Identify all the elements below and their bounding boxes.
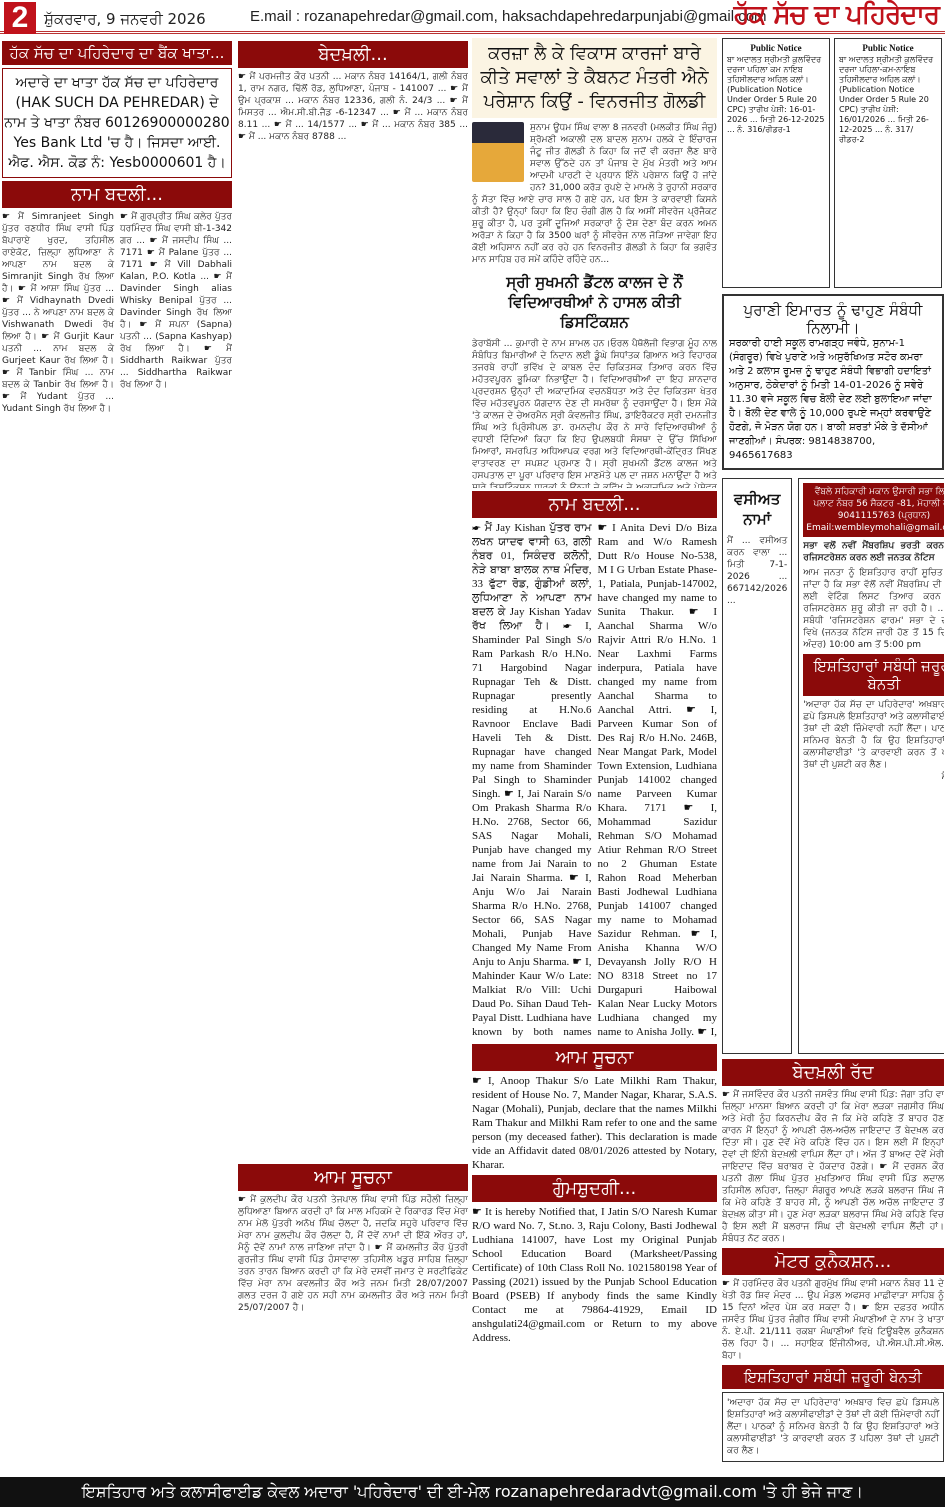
lost-certificate-notice: ☛ It is hereby Notified that, I Jatin S/…	[472, 1205, 717, 1345]
society-notice: ਆਮ ਜਨਤਾ ਨੂੰ ਇਸ਼ਤਿਹਾਰ ਰਾਹੀਂ ਸੂਚਿਤ ਕੀਤਾ ਜਾ…	[803, 567, 944, 651]
page-number: 2	[4, 2, 36, 34]
name-change-list-left: ☛ ਮੈਂ Simranjeet Singh ਪੁੱਤਰ ਰਣਧੀਰ ਸਿੰਘ …	[2, 211, 114, 415]
column-2: ਬੇਦਖ਼ਲੀ... ☛ ਮੈਂ ਪਰਮਜੀਤ ਕੌਰ ਪਤਨੀ ... ਮਕਾ…	[238, 38, 468, 1478]
general-notice-heading-2: ਆਮ ਸੂਚਨਾ	[472, 1044, 717, 1071]
will-heading: ਵਸੀਅਤ ਨਾਮਾਂ	[727, 489, 787, 529]
contact-emails: E.mail : rozanapehredar@gmail.com, haksa…	[250, 8, 767, 25]
bank-account-heading: ਹੱਕ ਸੱਚ ਦਾ ਪਹਿਰੇਦਾਰ ਦਾ ਬੈਂਕ ਖਾਤਾ...	[2, 41, 232, 65]
politician-photo	[472, 122, 524, 182]
dental-college-story: ਡੇਰਾਬੱਸੀ ... ਕੁਮਾਰੀ ਦੇ ਨਾਮ ਸ਼ਾਮਲ ਹਨ।ਓਰਲ …	[472, 338, 717, 488]
footer-advert-email: ਇਸ਼ਤਿਹਾਰ ਅਤੇ ਕਲਾਸੀਫਾਈਡ ਕੇਵਲ ਅਦਾਰਾ 'ਪਹਿਰੇ…	[0, 1477, 945, 1507]
name-change-heading: ਨਾਮ ਬਦਲੀ...	[2, 181, 232, 208]
general-notice-heading: ਆਮ ਸੂਚਨਾ	[238, 1164, 468, 1191]
society-name: ਵੈਂਬਲੇ ਸਹਿਕਾਰੀ ਮਕਾਨ ਉਸਾਰੀ ਸਭਾ ਲਿਮ. ਪਲਾਟ …	[813, 487, 944, 521]
general-notice-text: ☛ ਮੈਂ ਕੁਲਦੀਪ ਕੌਰ ਪਤਨੀ ਤੇਜਪਾਲ ਸਿੰਘ ਵਾਸੀ ਪ…	[238, 1194, 468, 1314]
masthead: 2 ਸ਼ੁੱਕਰਵਾਰ, 9 ਜਨਵਰੀ 2026 E.mail : rozan…	[0, 0, 945, 34]
column-1: ਹੱਕ ਸੱਚ ਦਾ ਪਹਿਰੇਦਾਰ ਦਾ ਬੈਂਕ ਖਾਤਾ... ਅਦਾਰ…	[2, 38, 232, 1478]
newspaper-logo: ਹੱਕ ਸੱਚ ਦਾ ਪਹਿਰੇਦਾਰ	[734, 0, 939, 31]
column-3: ਕਰਜ਼ਾ ਲੈ ਕੇ ਵਿਕਾਸ ਕਾਰਜਾਂ ਬਾਰੇ ਕੀਤੇ ਸਵਾਲਾ…	[472, 38, 717, 1478]
public-notice-2: Public Noticeਬਾ ਅਦਾਲਤ ਸ਼੍ਰੀਮਤੀ ਕੁਲਵਿੰਦਰ …	[834, 38, 942, 288]
lead-headline: ਕਰਜ਼ਾ ਲੈ ਕੇ ਵਿਕਾਸ ਕਾਰਜਾਂ ਬਾਰੇ ਕੀਤੇ ਸਵਾਲਾ…	[472, 38, 717, 118]
advert-disclaimer-text-2: 'ਅਦਾਰਾ ਹੱਕ ਸੱਚ ਦਾ ਪਹਿਰੇਦਾਰ' ਅਖ਼ਬਾਰ ਵਿਚ ਛ…	[722, 1392, 944, 1462]
general-notice-english: ☛ I, Anoop Thakur S/o Late Milkhi Ram Th…	[472, 1074, 717, 1172]
advert-disclaimer-heading: ਇਸ਼ਤਿਹਾਰਾਂ ਸਬੰਧੀ ਜ਼ਰੂਰੀ ਬੇਨਤੀ	[803, 654, 944, 696]
name-change-list-right: ☛ ਮੈਂ ਗੁਰਪ੍ਰੀਤ ਸਿੰਘ ਕਲੇਰ ਪੁੱਤਰ ਧਰਮਿੰਦਰ ਸ…	[120, 211, 232, 415]
name-change-heading-2: ਨਾਮ ਬਦਲੀ...	[472, 491, 717, 518]
advert-disclaimer-heading-2: ਇਸ਼ਤਿਹਾਰਾਂ ਸਬੰਧੀ ਜ਼ਰੂਰੀ ਬੇਨਤੀ	[722, 1365, 944, 1389]
bank-account-text: ਅਦਾਰੇ ਦਾ ਖਾਤਾ ਹੱਕ ਸੱਚ ਦਾ ਪਹਿਰੇਦਾਰ (HAK S…	[2, 68, 232, 178]
society-email: Email:wembleymohali@gmail.com	[806, 523, 944, 533]
english-name-change-right: ☛ I Anita Devi D/o Biza Ram and W/o Rame…	[598, 521, 718, 1041]
meter-connection-text: ☛ ਮੈਂ ਹਰਮਿੰਦਰ ਕੌਰ ਪਤਨੀ ਗੁਰਮੁੱਖ ਸਿੰਘ ਵਾਸੀ…	[722, 1278, 944, 1362]
will-text: ਮੈਂ ... ਵਸੀਅਤ ਕਰਨ ਵਾਲਾ ... ਮਿਤੀ 7-1-2026…	[727, 535, 787, 607]
eviction-heading: ਬੇਦਖ਼ਲੀ...	[238, 41, 468, 68]
lost-item-heading: ਗੁੰਮਸ਼ੁਦਗੀ...	[472, 1175, 717, 1202]
auction-notice: ਪੁਰਾਣੀ ਇਮਾਰਤ ਨੂੰ ਢਾਹੁਣ ਸੰਬੰਧੀ ਨਿਲਾਮੀ।ਸਰਕ…	[722, 294, 944, 470]
newspaper-page: 2 ਸ਼ੁੱਕਰਵਾਰ, 9 ਜਨਵਰੀ 2026 E.mail : rozan…	[0, 0, 945, 1507]
dental-college-headline: ਸ੍ਰੀ ਸੁਖਮਨੀ ਡੈਂਟਲ ਕਾਲਜ ਦੇ ਨੌਂ ਵਿਦਿਆਰਥੀਆਂ…	[472, 272, 717, 332]
eviction-cancel-text: ☛ ਮੈਂ ਜਸਵਿੰਦਰ ਕੌਰ ਪਤਨੀ ਜਸਵੰਤ ਸਿੰਘ ਵਾਸੀ ਪ…	[722, 1089, 944, 1245]
meter-connection-heading: ਮੋਟਰ ਕੁਨੈਕਸ਼ਨ...	[722, 1248, 944, 1275]
issue-date: ਸ਼ੁੱਕਰਵਾਰ, 9 ਜਨਵਰੀ 2026	[44, 10, 206, 28]
public-notice-1: Public Noticeਬਾ ਅਦਾਲਤ ਸ਼੍ਰੀਮਤੀ ਕੁਲਵਿੰਦਰ …	[722, 38, 830, 288]
english-name-change-left: ☛ ਮੈਂ Jay Kishan ਪੁੱਤਰ ਰਾਮ ਲਖਨ ਯਾਦਵ ਵਾਸੀ…	[472, 521, 592, 1041]
eviction-notices: ☛ ਮੈਂ ਪਰਮਜੀਤ ਕੌਰ ਪਤਨੀ ... ਮਕਾਨ ਨੰਬਰ 1416…	[238, 71, 468, 1161]
eviction-cancel-heading: ਬੇਦਖ਼ਲੀ ਰੱਦ	[722, 1059, 944, 1086]
column-4: Public Noticeਬਾ ਅਦਾਲਤ ਸ਼੍ਰੀਮਤੀ ਕੁਲਵਿੰਦਰ …	[722, 38, 944, 1478]
